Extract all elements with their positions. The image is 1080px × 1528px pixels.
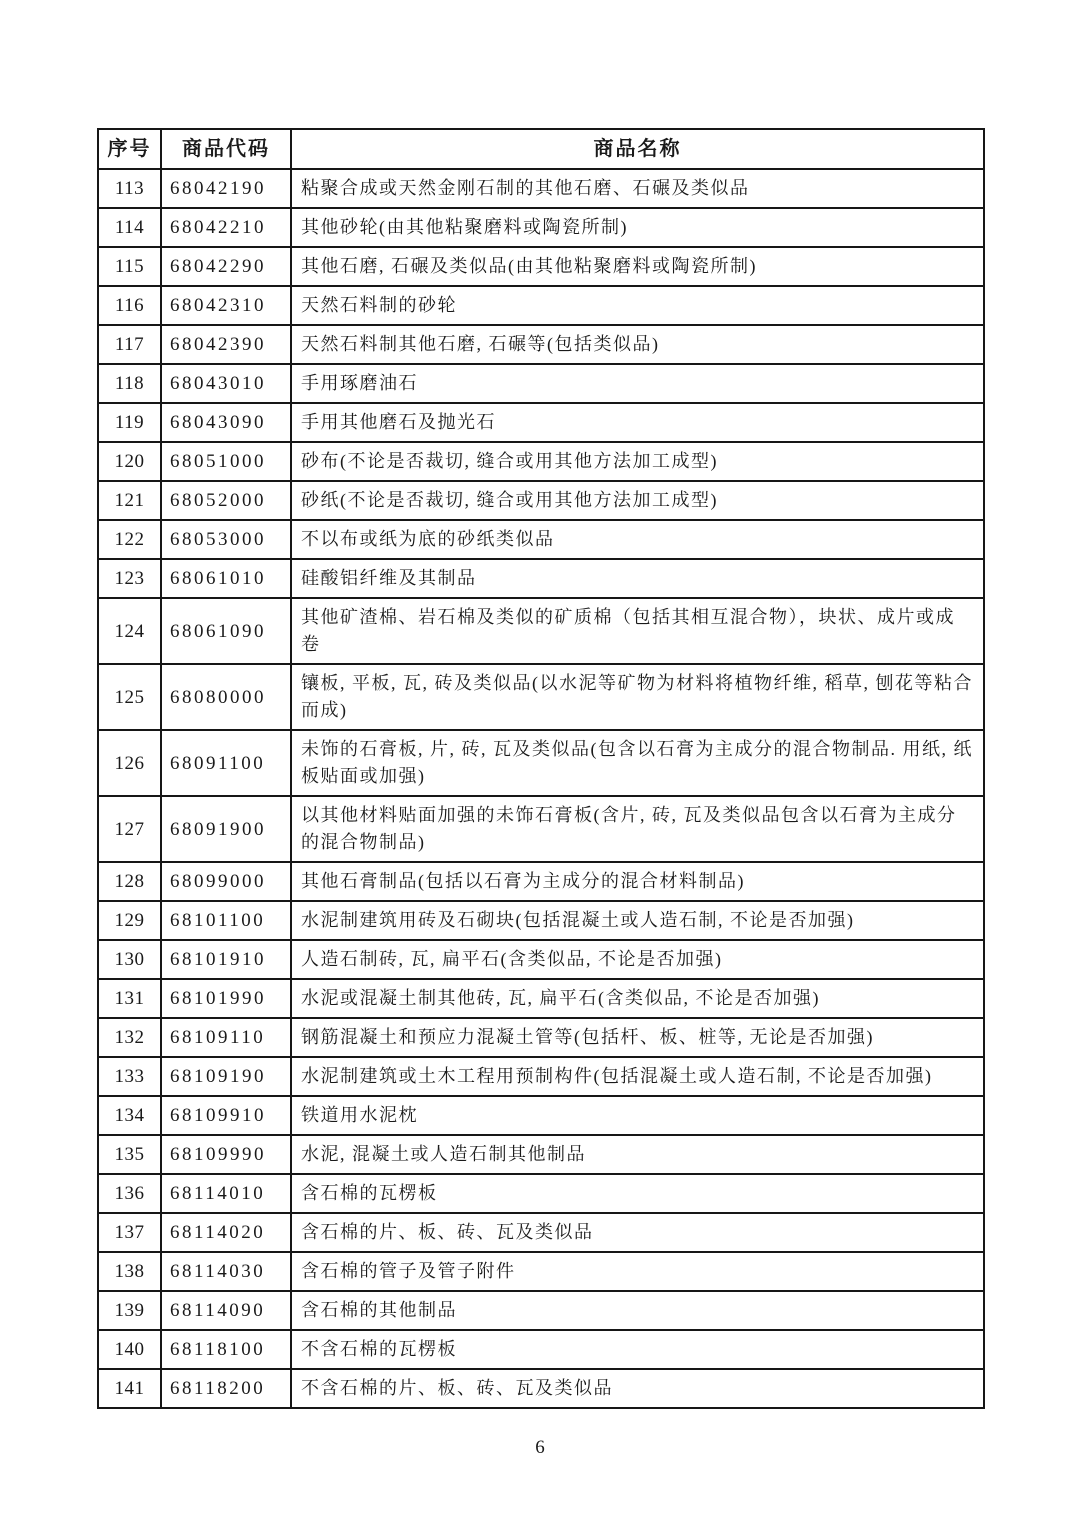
table-row: 125 68080000 镶板, 平板, 瓦, 砖及类似品(以水泥等矿物为材料将… bbox=[98, 664, 984, 730]
table-row: 122 68053000 不以布或纸为底的砂纸类似品 bbox=[98, 520, 984, 559]
table-row: 117 68042390 天然石料制其他石磨, 石碾等(包括类似品) bbox=[98, 325, 984, 364]
row-commodity-name: 不含石棉的片、板、砖、瓦及类似品 bbox=[291, 1369, 984, 1408]
table-row: 131 68101990 水泥或混凝土制其他砖, 瓦, 扁平石(含类似品, 不论… bbox=[98, 979, 984, 1018]
row-serial-number: 141 bbox=[98, 1369, 161, 1408]
document-page: 序号 商品代码 商品名称 113 68042190 粘聚合成或天然金刚石制的其他… bbox=[0, 0, 1080, 1528]
row-commodity-name: 天然石料制其他石磨, 石碾等(包括类似品) bbox=[291, 325, 984, 364]
row-serial-number: 128 bbox=[98, 862, 161, 901]
row-commodity-name: 未饰的石膏板, 片, 砖, 瓦及类似品(包含以石膏为主成分的混合物制品. 用纸,… bbox=[291, 730, 984, 796]
row-commodity-code: 68091100 bbox=[161, 730, 291, 796]
row-serial-number: 126 bbox=[98, 730, 161, 796]
table-row: 119 68043090 手用其他磨石及抛光石 bbox=[98, 403, 984, 442]
table-row: 120 68051000 砂布(不论是否裁切, 缝合或用其他方法加工成型) bbox=[98, 442, 984, 481]
row-commodity-code: 68091900 bbox=[161, 796, 291, 862]
row-commodity-code: 68042290 bbox=[161, 247, 291, 286]
row-commodity-name: 其他石膏制品(包括以石膏为主成分的混合材料制品) bbox=[291, 862, 984, 901]
row-serial-number: 129 bbox=[98, 901, 161, 940]
row-commodity-code: 68053000 bbox=[161, 520, 291, 559]
row-serial-number: 116 bbox=[98, 286, 161, 325]
row-serial-number: 122 bbox=[98, 520, 161, 559]
commodity-table: 序号 商品代码 商品名称 113 68042190 粘聚合成或天然金刚石制的其他… bbox=[97, 128, 985, 1409]
table-row: 133 68109190 水泥制建筑或土木工程用预制构件(包括混凝土或人造石制,… bbox=[98, 1057, 984, 1096]
table-header: 序号 商品代码 商品名称 bbox=[98, 129, 984, 169]
row-serial-number: 115 bbox=[98, 247, 161, 286]
row-serial-number: 117 bbox=[98, 325, 161, 364]
row-commodity-code: 68109990 bbox=[161, 1135, 291, 1174]
row-commodity-code: 68114020 bbox=[161, 1213, 291, 1252]
row-serial-number: 127 bbox=[98, 796, 161, 862]
row-serial-number: 137 bbox=[98, 1213, 161, 1252]
row-commodity-name: 铁道用水泥枕 bbox=[291, 1096, 984, 1135]
table-body: 113 68042190 粘聚合成或天然金刚石制的其他石磨、石碾及类似品 114… bbox=[98, 169, 984, 1408]
row-commodity-code: 68051000 bbox=[161, 442, 291, 481]
row-commodity-name: 钢筋混凝土和预应力混凝土管等(包括杆、板、桩等, 无论是否加强) bbox=[291, 1018, 984, 1057]
row-serial-number: 138 bbox=[98, 1252, 161, 1291]
row-commodity-code: 68099000 bbox=[161, 862, 291, 901]
row-commodity-code: 68114030 bbox=[161, 1252, 291, 1291]
table-row: 118 68043010 手用琢磨油石 bbox=[98, 364, 984, 403]
table-row: 121 68052000 砂纸(不论是否裁切, 缝合或用其他方法加工成型) bbox=[98, 481, 984, 520]
row-commodity-name: 含石棉的管子及管子附件 bbox=[291, 1252, 984, 1291]
row-commodity-name: 含石棉的其他制品 bbox=[291, 1291, 984, 1330]
table-row: 126 68091100 未饰的石膏板, 片, 砖, 瓦及类似品(包含以石膏为主… bbox=[98, 730, 984, 796]
page-number: 6 bbox=[0, 1437, 1080, 1459]
table-row: 141 68118200 不含石棉的片、板、砖、瓦及类似品 bbox=[98, 1369, 984, 1408]
row-serial-number: 121 bbox=[98, 481, 161, 520]
row-commodity-code: 68109110 bbox=[161, 1018, 291, 1057]
row-commodity-name: 砂纸(不论是否裁切, 缝合或用其他方法加工成型) bbox=[291, 481, 984, 520]
table-row: 138 68114030 含石棉的管子及管子附件 bbox=[98, 1252, 984, 1291]
table-row: 137 68114020 含石棉的片、板、砖、瓦及类似品 bbox=[98, 1213, 984, 1252]
row-commodity-code: 68109190 bbox=[161, 1057, 291, 1096]
header-serial-number: 序号 bbox=[98, 129, 161, 169]
row-commodity-name: 含石棉的片、板、砖、瓦及类似品 bbox=[291, 1213, 984, 1252]
row-serial-number: 119 bbox=[98, 403, 161, 442]
table-row: 136 68114010 含石棉的瓦楞板 bbox=[98, 1174, 984, 1213]
row-commodity-name: 水泥, 混凝土或人造石制其他制品 bbox=[291, 1135, 984, 1174]
table-row: 132 68109110 钢筋混凝土和预应力混凝土管等(包括杆、板、桩等, 无论… bbox=[98, 1018, 984, 1057]
row-serial-number: 135 bbox=[98, 1135, 161, 1174]
row-commodity-name: 其他矿渣棉、岩石棉及类似的矿质棉（包括其相互混合物），块状、成片或成卷 bbox=[291, 598, 984, 664]
table-row: 134 68109910 铁道用水泥枕 bbox=[98, 1096, 984, 1135]
table-row: 135 68109990 水泥, 混凝土或人造石制其他制品 bbox=[98, 1135, 984, 1174]
table-row: 113 68042190 粘聚合成或天然金刚石制的其他石磨、石碾及类似品 bbox=[98, 169, 984, 208]
row-commodity-code: 68101100 bbox=[161, 901, 291, 940]
row-commodity-code: 68052000 bbox=[161, 481, 291, 520]
row-commodity-name: 人造石制砖, 瓦, 扁平石(含类似品, 不论是否加强) bbox=[291, 940, 984, 979]
row-commodity-name: 水泥制建筑用砖及石砌块(包括混凝土或人造石制, 不论是否加强) bbox=[291, 901, 984, 940]
table-row: 130 68101910 人造石制砖, 瓦, 扁平石(含类似品, 不论是否加强) bbox=[98, 940, 984, 979]
row-serial-number: 133 bbox=[98, 1057, 161, 1096]
row-commodity-name: 其他砂轮(由其他粘聚磨料或陶瓷所制) bbox=[291, 208, 984, 247]
row-commodity-name: 水泥或混凝土制其他砖, 瓦, 扁平石(含类似品, 不论是否加强) bbox=[291, 979, 984, 1018]
row-commodity-code: 68114010 bbox=[161, 1174, 291, 1213]
row-commodity-code: 68114090 bbox=[161, 1291, 291, 1330]
table-row: 139 68114090 含石棉的其他制品 bbox=[98, 1291, 984, 1330]
header-commodity-name: 商品名称 bbox=[291, 129, 984, 169]
row-serial-number: 134 bbox=[98, 1096, 161, 1135]
row-commodity-code: 68043090 bbox=[161, 403, 291, 442]
row-serial-number: 124 bbox=[98, 598, 161, 664]
row-commodity-name: 手用琢磨油石 bbox=[291, 364, 984, 403]
row-commodity-code: 68118100 bbox=[161, 1330, 291, 1369]
row-commodity-name: 以其他材料贴面加强的未饰石膏板(含片, 砖, 瓦及类似品包含以石膏为主成分的混合… bbox=[291, 796, 984, 862]
row-serial-number: 125 bbox=[98, 664, 161, 730]
row-commodity-name: 硅酸铝纤维及其制品 bbox=[291, 559, 984, 598]
table-row: 140 68118100 不含石棉的瓦楞板 bbox=[98, 1330, 984, 1369]
table-row: 127 68091900 以其他材料贴面加强的未饰石膏板(含片, 砖, 瓦及类似… bbox=[98, 796, 984, 862]
table-row: 129 68101100 水泥制建筑用砖及石砌块(包括混凝土或人造石制, 不论是… bbox=[98, 901, 984, 940]
row-serial-number: 139 bbox=[98, 1291, 161, 1330]
row-commodity-code: 68101910 bbox=[161, 940, 291, 979]
row-commodity-name: 不以布或纸为底的砂纸类似品 bbox=[291, 520, 984, 559]
table-header-row: 序号 商品代码 商品名称 bbox=[98, 129, 984, 169]
row-serial-number: 130 bbox=[98, 940, 161, 979]
row-commodity-name: 镶板, 平板, 瓦, 砖及类似品(以水泥等矿物为材料将植物纤维, 稻草, 刨花等… bbox=[291, 664, 984, 730]
table-row: 115 68042290 其他石磨, 石碾及类似品(由其他粘聚磨料或陶瓷所制) bbox=[98, 247, 984, 286]
row-commodity-code: 68080000 bbox=[161, 664, 291, 730]
row-commodity-name: 其他石磨, 石碾及类似品(由其他粘聚磨料或陶瓷所制) bbox=[291, 247, 984, 286]
row-commodity-code: 68042190 bbox=[161, 169, 291, 208]
row-commodity-code: 68061010 bbox=[161, 559, 291, 598]
row-serial-number: 118 bbox=[98, 364, 161, 403]
row-commodity-name: 砂布(不论是否裁切, 缝合或用其他方法加工成型) bbox=[291, 442, 984, 481]
row-commodity-code: 68042310 bbox=[161, 286, 291, 325]
row-serial-number: 136 bbox=[98, 1174, 161, 1213]
row-serial-number: 140 bbox=[98, 1330, 161, 1369]
row-commodity-name: 手用其他磨石及抛光石 bbox=[291, 403, 984, 442]
row-serial-number: 123 bbox=[98, 559, 161, 598]
row-commodity-code: 68042390 bbox=[161, 325, 291, 364]
row-commodity-code: 68118200 bbox=[161, 1369, 291, 1408]
row-serial-number: 120 bbox=[98, 442, 161, 481]
table-row: 124 68061090 其他矿渣棉、岩石棉及类似的矿质棉（包括其相互混合物），… bbox=[98, 598, 984, 664]
table-row: 128 68099000 其他石膏制品(包括以石膏为主成分的混合材料制品) bbox=[98, 862, 984, 901]
row-commodity-name: 不含石棉的瓦楞板 bbox=[291, 1330, 984, 1369]
row-commodity-name: 天然石料制的砂轮 bbox=[291, 286, 984, 325]
row-commodity-code: 68109910 bbox=[161, 1096, 291, 1135]
table-row: 123 68061010 硅酸铝纤维及其制品 bbox=[98, 559, 984, 598]
table-row: 116 68042310 天然石料制的砂轮 bbox=[98, 286, 984, 325]
row-commodity-code: 68061090 bbox=[161, 598, 291, 664]
row-commodity-name: 含石棉的瓦楞板 bbox=[291, 1174, 984, 1213]
row-commodity-code: 68043010 bbox=[161, 364, 291, 403]
row-commodity-name: 粘聚合成或天然金刚石制的其他石磨、石碾及类似品 bbox=[291, 169, 984, 208]
header-commodity-code: 商品代码 bbox=[161, 129, 291, 169]
row-commodity-code: 68101990 bbox=[161, 979, 291, 1018]
row-serial-number: 131 bbox=[98, 979, 161, 1018]
row-commodity-code: 68042210 bbox=[161, 208, 291, 247]
table-row: 114 68042210 其他砂轮(由其他粘聚磨料或陶瓷所制) bbox=[98, 208, 984, 247]
row-serial-number: 132 bbox=[98, 1018, 161, 1057]
row-serial-number: 113 bbox=[98, 169, 161, 208]
row-commodity-name: 水泥制建筑或土木工程用预制构件(包括混凝土或人造石制, 不论是否加强) bbox=[291, 1057, 984, 1096]
row-serial-number: 114 bbox=[98, 208, 161, 247]
